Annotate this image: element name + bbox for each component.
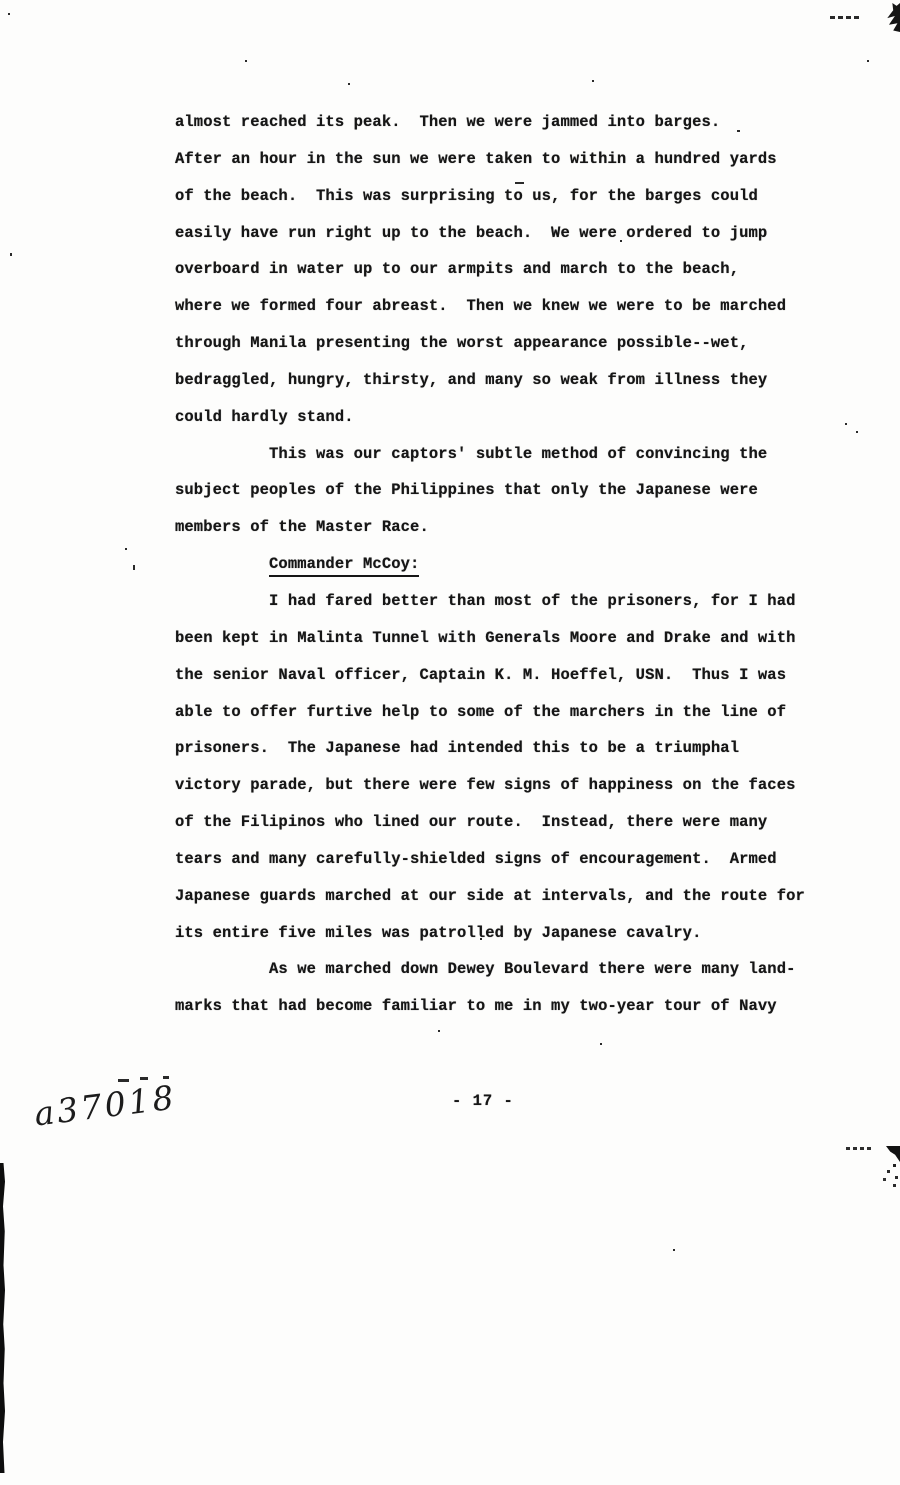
text-line: able to offer furtive help to some of th…: [175, 694, 835, 731]
text-line: prisoners. The Japanese had intended thi…: [175, 730, 835, 767]
text-line: subject peoples of the Philippines that …: [175, 472, 835, 509]
scan-speck: [245, 60, 247, 62]
text-line: through Manila presenting the worst appe…: [175, 325, 835, 362]
scan-mark-right-dots: [893, 1164, 896, 1167]
scan-speck: [737, 130, 740, 132]
text-line: victory parade, but there were few signs…: [175, 767, 835, 804]
body-text: almost reached its peak. Then we were ja…: [175, 104, 835, 1025]
text-line: As we marched down Dewey Boulevard there…: [175, 951, 835, 988]
text-line: of the Filipinos who lined our route. In…: [175, 804, 835, 841]
left-edge-scan-bar: [0, 1163, 5, 1473]
scan-speck: [600, 1043, 602, 1045]
scan-speck: [856, 431, 858, 433]
text-line: After an hour in the sun we were taken t…: [175, 141, 835, 178]
text-line: This was our captors' subtle method of c…: [175, 436, 835, 473]
handwritten-note: a37018: [32, 1077, 178, 1133]
text-line: bedraggled, hungry, thirsty, and many so…: [175, 362, 835, 399]
scan-speck: [867, 60, 869, 62]
scan-smudge-top-right-dash: [830, 16, 860, 19]
document-page: almost reached its peak. Then we were ja…: [0, 0, 900, 1485]
scan-speck: [133, 565, 135, 570]
scan-speck: [592, 80, 594, 82]
scan-speck: [845, 423, 847, 425]
text-line: Commander McCoy:: [175, 546, 835, 583]
scan-speck: [140, 1077, 148, 1080]
scan-speck: [118, 1079, 129, 1082]
text-line: Japanese guards marched at our side at i…: [175, 878, 835, 915]
scan-speck: [348, 83, 350, 85]
text-line: members of the Master Race.: [175, 509, 835, 546]
scan-speck: [125, 548, 127, 550]
text-line: marks that had become familiar to me in …: [175, 988, 835, 1025]
text-line: could hardly stand.: [175, 399, 835, 436]
scan-speck: [515, 182, 524, 184]
scan-mark-right: [886, 1146, 900, 1162]
scan-speck: [620, 240, 622, 242]
text-line: of the beach. This was surprising to us,…: [175, 178, 835, 215]
text-line: almost reached its peak. Then we were ja…: [175, 104, 835, 141]
text-line: overboard in water up to our armpits and…: [175, 251, 835, 288]
text-line: I had fared better than most of the pris…: [175, 583, 835, 620]
text-line: been kept in Malinta Tunnel with General…: [175, 620, 835, 657]
scan-speck: [480, 938, 482, 940]
scan-speck: [8, 13, 10, 15]
scan-smudge-top-right: [883, 3, 900, 32]
section-heading: Commander McCoy:: [269, 555, 419, 577]
page-number: - 17 -: [452, 1092, 514, 1110]
scan-mark-right-dash: [846, 1147, 872, 1150]
text-line: easily have run right up to the beach. W…: [175, 215, 835, 252]
text-line: its entire five miles was patrolled by J…: [175, 915, 835, 952]
text-line: where we formed four abreast. Then we kn…: [175, 288, 835, 325]
scan-speck: [10, 253, 12, 256]
scan-speck: [438, 1030, 440, 1032]
text-line: tears and many carefully-shielded signs …: [175, 841, 835, 878]
text-line: the senior Naval officer, Captain K. M. …: [175, 657, 835, 694]
scan-speck: [673, 1249, 675, 1251]
scan-speck: [163, 1076, 169, 1079]
